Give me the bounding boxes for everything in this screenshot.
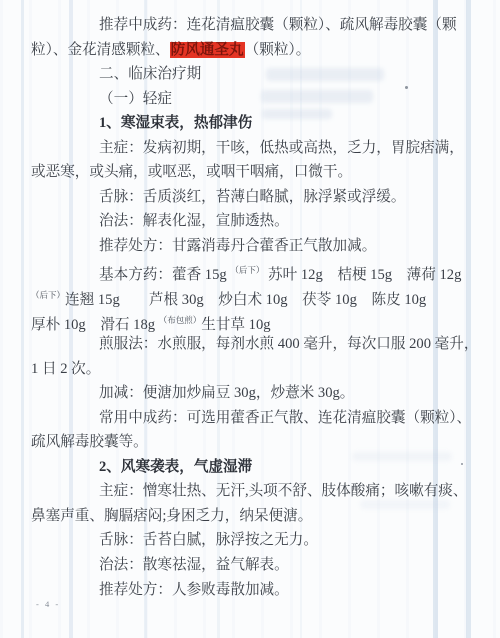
text-line: （后下）连翘 15g 芦根 30g 炒白术 10g 茯苓 10g 陈皮 10g: [31, 283, 476, 308]
text-line: 1 日 2 次。: [31, 357, 476, 382]
text-run: 推荐处方：甘露消毒丹合藿香正气散加减。: [99, 238, 376, 254]
text-run: 推荐中成药：连花清瘟胶囊（颗粒）、疏风解毒胶囊（颗: [99, 17, 457, 33]
text-run: （颗粒）。: [245, 42, 311, 58]
text-run: 舌脉：舌质淡红，苔薄白略腻，脉浮紧或浮缓。: [99, 189, 405, 205]
text-line: 煎服法：水煎服，每剂水煎 400 毫升，每次口服 200 毫升，: [31, 332, 476, 357]
text-run: 1 日 2 次。: [31, 361, 100, 377]
text-run: 主症：憎寒壮热、无汗,头项不舒、肢体酸痛；咳嗽有痰、: [99, 483, 468, 499]
text-run: 鼻塞声重、胸膈痞闷;身困乏力，纳呆便溏。: [31, 508, 312, 524]
text-run: 连翘 15g 芦根 30g 炒白术 10g 茯苓 10g 陈皮 10g: [65, 292, 426, 308]
text-line: 2、风寒袭表，气虚湿滞: [31, 455, 476, 480]
text-line: 二、临床治疗期: [31, 62, 476, 87]
text-run: 主症：发病初期，干咳，低热或高热，乏力，胃脘痞满，: [99, 140, 464, 156]
document-body: 推荐中成药：连花清瘟胶囊（颗粒）、疏风解毒胶囊（颗粒）、金花清感颗粒、防风通圣丸…: [31, 13, 476, 602]
text-run: 加减：便溏加炒扁豆 30g，炒薏米 30g。: [99, 385, 354, 401]
text-line: 推荐中成药：连花清瘟胶囊（颗粒）、疏风解毒胶囊（颗: [31, 13, 476, 38]
text-line: 主症：憎寒壮热、无汗,头项不舒、肢体酸痛；咳嗽有痰、: [31, 479, 476, 504]
text-run: 1、寒湿束表，热郁津伤: [99, 115, 252, 131]
text-run: 二、临床治疗期: [99, 66, 201, 82]
text-run: 2、风寒袭表，气虚湿滞: [99, 459, 252, 475]
text-run: 粒）、金花清感颗粒、: [31, 42, 170, 58]
text-line: 疏风解毒胶囊等。: [31, 430, 476, 455]
text-run: 常用中成药：可选用藿香正气散、连花清瘟胶囊（颗粒）、: [99, 410, 471, 426]
text-run: 苏叶 12g 桔梗 15g 薄荷 12g: [264, 267, 461, 283]
text-line: 推荐处方：甘露消毒丹合藿香正气散加减。: [31, 234, 476, 259]
text-line: 鼻塞声重、胸膈痞闷;身困乏力，纳呆便溏。: [31, 504, 476, 529]
text-run: 煎服法：水煎服，每剂水煎 400 毫升，每次口服 200 毫升，: [99, 336, 478, 352]
text-line: 基本方药：藿香 15g （后下） 苏叶 12g 桔梗 15g 薄荷 12g: [31, 258, 476, 283]
text-run: （后下）: [31, 290, 65, 300]
text-run: （一）轻症: [99, 91, 172, 107]
text-line: 加减：便溏加炒扁豆 30g，炒薏米 30g。: [31, 381, 476, 406]
text-run: 疏风解毒胶囊等。: [31, 434, 148, 450]
text-run: 治法：散寒祛湿，益气解表。: [99, 557, 289, 573]
text-run: 治法：解表化湿，宣肺透热。: [99, 213, 289, 229]
text-line: 常用中成药：可选用藿香正气散、连花清瘟胶囊（颗粒）、: [31, 406, 476, 431]
text-run: （布包煎）: [159, 315, 202, 325]
text-run: 舌脉：舌苔白腻，脉浮按之无力。: [99, 532, 318, 548]
scanned-document-page: 推荐中成药：连花清瘟胶囊（颗粒）、疏风解毒胶囊（颗粒）、金花清感颗粒、防风通圣丸…: [0, 0, 500, 638]
text-run: （后下）: [230, 265, 264, 275]
text-line: 厚朴 10g 滑石 18g （布包煎）生甘草 10g: [31, 308, 476, 333]
text-line: 治法：散寒祛湿，益气解表。: [31, 553, 476, 578]
text-line: 舌脉：舌苔白腻，脉浮按之无力。: [31, 528, 476, 553]
text-line: 粒）、金花清感颗粒、防风通圣丸（颗粒）。: [31, 38, 476, 63]
text-run: 生甘草 10g: [201, 317, 270, 333]
text-line: 治法：解表化湿，宣肺透热。: [31, 209, 476, 234]
highlighted-drug-name: 防风通圣丸: [170, 42, 245, 58]
scan-streak: [21, 0, 24, 638]
text-line: （一）轻症: [31, 87, 476, 112]
text-run: 或恶寒，或头痛，或呕恶，或咽干咽痛，口微干。: [31, 164, 352, 180]
text-run: 基本方药：藿香 15g: [99, 267, 230, 283]
page-number: - 4 -: [36, 599, 60, 609]
text-line: 推荐处方：人参败毒散加减。: [31, 578, 476, 603]
text-run: 厚朴 10g 滑石 18g: [31, 317, 159, 333]
text-line: 主症：发病初期，干咳，低热或高热，乏力，胃脘痞满，: [31, 136, 476, 161]
text-line: 或恶寒，或头痛，或呕恶，或咽干咽痛，口微干。: [31, 160, 476, 185]
text-line: 1、寒湿束表，热郁津伤: [31, 111, 476, 136]
text-run: 推荐处方：人参败毒散加减。: [99, 582, 289, 598]
text-line: 舌脉：舌质淡红，苔薄白略腻，脉浮紧或浮缓。: [31, 185, 476, 210]
